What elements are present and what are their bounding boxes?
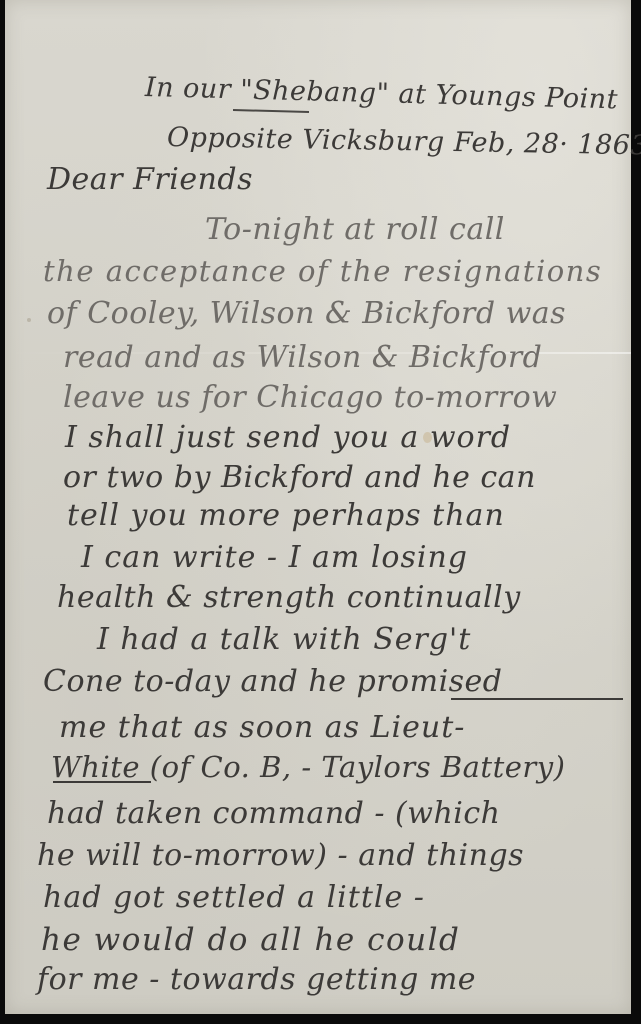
body-line-11: I had a talk with Serg't	[97, 622, 471, 657]
body-line-8: tell you more perhaps than	[67, 498, 505, 533]
letter-heading-line-2: Opposite Vicksburg Feb, 28· 1863	[167, 122, 641, 161]
foxing-stain	[27, 318, 31, 322]
body-line-10: health & strength continually	[57, 580, 521, 615]
body-line-13: me that as soon as Lieut-	[59, 710, 465, 745]
body-line-6: I shall just send you a word	[65, 420, 511, 455]
body-line-4: read and as Wilson & Bickford	[63, 340, 542, 375]
body-line-16: he will to-morrow) - and things	[37, 838, 524, 873]
body-line-7: or two by Bickford and he can	[63, 460, 536, 495]
letter-heading-line-1: In our "Shebang" at Youngs Point	[145, 72, 619, 115]
body-line-15: had taken command - (which	[47, 796, 500, 831]
body-line-19: for me - towards getting me	[37, 962, 476, 997]
body-line-14: White (of Co. B, - Taylors Battery)	[51, 750, 565, 784]
body-line-18: he would do all he could	[41, 922, 460, 958]
body-line-17: had got settled a little -	[43, 880, 425, 915]
body-line-5: leave us for Chicago to-morrow	[63, 380, 557, 415]
letter-page: In our "Shebang" at Youngs Point Opposit…	[5, 0, 631, 1014]
body-line-9: I can write - I am losing	[81, 540, 468, 575]
document-frame: In our "Shebang" at Youngs Point Opposit…	[0, 0, 641, 1024]
underline-white	[53, 781, 151, 783]
body-line-2: the acceptance of the resignations	[43, 254, 602, 288]
body-line-3: of Cooley, Wilson & Bickford was	[47, 296, 566, 331]
underline-shebang	[233, 109, 309, 113]
body-line-12: Cone to-day and he promised	[43, 664, 503, 699]
underline-promised	[451, 698, 623, 700]
salutation: Dear Friends	[47, 162, 253, 197]
body-line-12-text: Cone to-day and he promised	[43, 664, 503, 699]
body-line-1: To-night at roll call	[205, 212, 505, 247]
heading-date-text: Opposite Vicksburg Feb, 28· 1863	[167, 122, 641, 161]
heading-text: In our "Shebang" at Youngs Point	[145, 72, 619, 115]
